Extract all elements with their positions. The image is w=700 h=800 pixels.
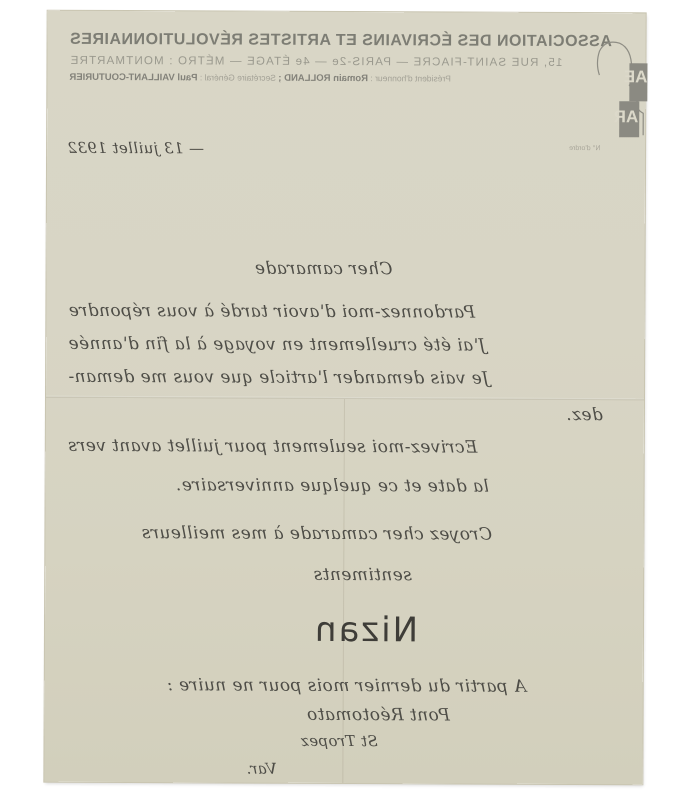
president-label: Président d'honneur : <box>370 73 451 83</box>
aear-logo-icon: AE AR <box>595 35 655 139</box>
letter-date: — 13 juillet 1932 <box>67 139 204 158</box>
letter-line-2: J'ai été cruellement en voyage à la fin … <box>68 334 485 356</box>
letter-line-4: dez. <box>566 405 603 425</box>
postscript-line-2: Pont Réotomato <box>307 705 450 726</box>
postscript-line-3: St Tropez <box>300 732 377 750</box>
letter-line-6: la date et ce quelque anniversaire. <box>176 475 489 496</box>
letter-line-8: sentiments <box>313 565 412 585</box>
letter-paper: ASSOCIATION DES ÉCRIVAINS ET ARTISTES RÉ… <box>44 11 645 785</box>
letter-line-7: Croyez cher camarade à mes meilleurs <box>141 523 492 545</box>
letter-line-1: Pardonnez-moi d'avoir tardé à vous répon… <box>68 301 475 323</box>
letterhead-address: 15, RUE SAINT-FIACRE — PARIS-2e — 4e ÉTA… <box>69 55 562 69</box>
letter-signature: Nizan <box>313 610 418 650</box>
postscript-line-4: Var. <box>246 760 276 778</box>
postscript-line-1: A partir du dernier mois pour ne nuire : <box>167 675 527 697</box>
letter-line-5: Ecrivez-moi seulement pour juillet avant… <box>68 436 478 458</box>
letterhead-title: ASSOCIATION DES ÉCRIVAINS ET ARTISTES RÉ… <box>70 31 612 51</box>
letter-line-3: Je vais demander l'article que vous me d… <box>68 367 489 389</box>
president-name: Romain ROLLAND ; <box>278 73 368 84</box>
logo-text-top: AE <box>624 67 648 87</box>
logo-text-bottom: AR <box>614 107 639 127</box>
secretary-name: Paul VAILLANT-COUTURIER <box>69 72 197 84</box>
order-number-label: N° d'ordre <box>569 145 600 152</box>
letter-salutation: Cher camarade <box>255 259 393 280</box>
letterhead-officers: Président d'honneur : Romain ROLLAND ; S… <box>69 72 451 85</box>
secretary-label: Secrétaire Général : <box>200 72 276 82</box>
